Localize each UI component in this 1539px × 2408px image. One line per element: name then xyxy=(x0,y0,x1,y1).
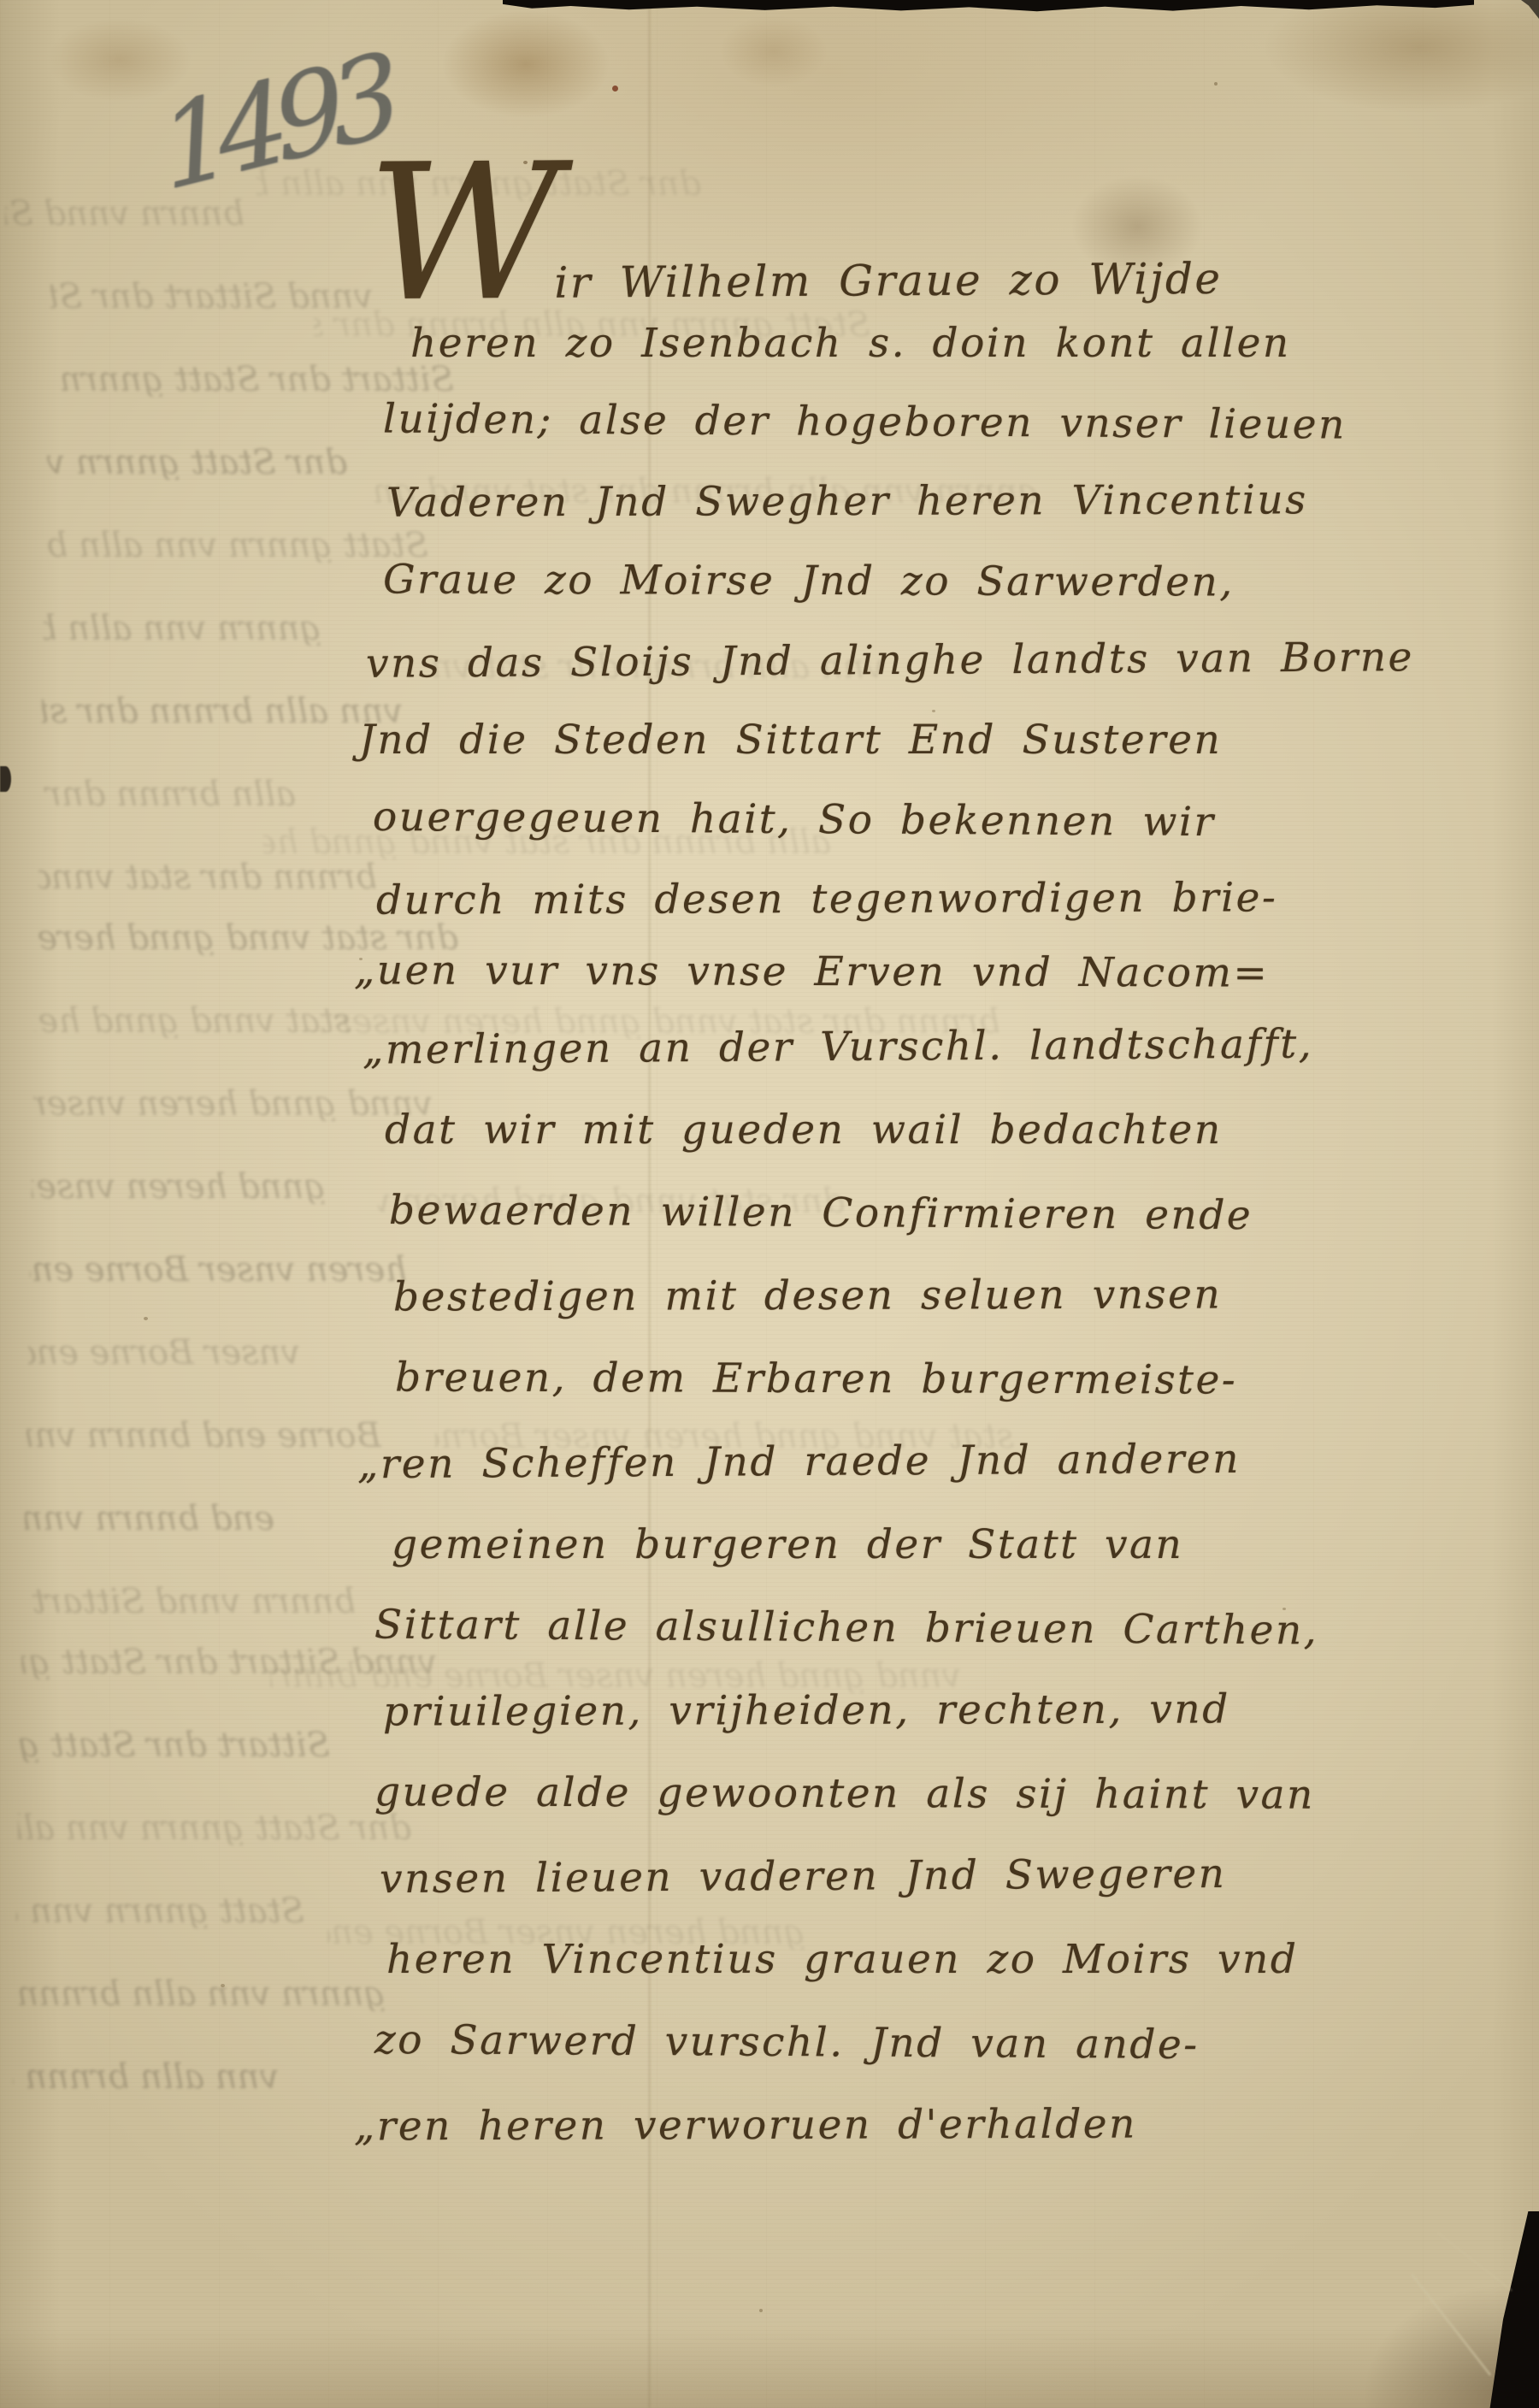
manuscript-line: bestedigen mit desen seluen vnsen xyxy=(393,1272,1222,1319)
verso-ghost-line: Borne end bnnrn vnnd Sittart dnr xyxy=(27,1419,381,1453)
verso-ghost-line: dnr Statt gnnrn vnn alln brnnn xyxy=(18,1811,411,1845)
corner-fold-crease xyxy=(1411,2273,1492,2376)
verso-ghost-line: vnn alln brnnn dnr stat vnnd xyxy=(13,2060,279,2094)
paper-speck xyxy=(932,710,935,712)
left-edge-dark-notch xyxy=(0,766,11,792)
manuscript-line: zo Sarwerd vurschl. Jnd van ande- xyxy=(374,2017,1200,2067)
page-bottom-right-corner-gap xyxy=(1479,2211,1539,2408)
manuscript-line: dat wir mit gueden wail bedachten xyxy=(385,1107,1223,1152)
verso-ghost-line: vnn alln brnnn dnr stat vnnd xyxy=(42,694,403,729)
verso-ghost-line: gnnd heren vnser Borne end bnnrn xyxy=(32,1170,326,1204)
manuscript-line: Vaderen Jnd Swegher heren Vincentius xyxy=(386,477,1308,524)
verso-ghost-line: vnnd Sittart dnr Statt gnnrn vnn xyxy=(21,1645,437,1679)
verso-ghost-line: brnnn dnr stat vnnd gnnd heren xyxy=(38,860,377,894)
verso-ghost-line: vnser Borne end bnnrn vnnd Sittart xyxy=(28,1336,300,1370)
verso-ghost-line: vnnd Sittart dnr Statt gnnrn vnn xyxy=(50,280,373,314)
verso-ghost-line: vnnd gnnd heren vnser Borne end xyxy=(33,1087,433,1121)
manuscript-line: bewaerden willen Confirmieren ende xyxy=(389,1188,1253,1237)
verso-ghost-line: bnnrn vnnd Sittart dnr Statt gnnrn xyxy=(23,1585,356,1619)
manuscript-line: Graue zo Moirse Jnd zo Sarwerden, xyxy=(383,557,1235,604)
corner-fold-crease xyxy=(1437,2232,1512,2291)
manuscript-line: guede alde gewoonten als sij haint van xyxy=(374,1769,1315,1816)
verso-ghost-line: gnnrn vnn alln brnnn dnr stat xyxy=(15,1977,386,2011)
verso-ghost-line: heren vnser Borne end bnnrn vnnd xyxy=(30,1253,407,1287)
paper-speck xyxy=(144,1317,148,1320)
manuscript-line: „ren heren verworuen d'erhalden xyxy=(354,2102,1137,2149)
manuscript-line: „ren Scheffen Jnd raede Jnd anderen xyxy=(357,1437,1241,1486)
manuscript-line: ouergegeuen hait, So bekennen wir xyxy=(373,794,1216,844)
archival-year-pencil: 1493 xyxy=(154,38,395,207)
verso-ghost-line: Sittart dnr Statt gnnrn vnn alln xyxy=(49,363,454,397)
manuscript-line: luijden; alse der hogeboren vnser lieuen xyxy=(383,396,1347,446)
manuscript-line: „uen vur vns vnse Erven vnd Nacom= xyxy=(354,947,1270,994)
manuscript-line: gemeinen burgeren der Statt van xyxy=(392,1522,1183,1567)
page-top-right-edge xyxy=(1513,0,1539,19)
manuscript-line: „merlingen an der Vurschl. landtschafft, xyxy=(363,1022,1313,1072)
manuscript-line: Sittart alle alsullichen brieuen Carthen… xyxy=(374,1602,1318,1653)
manuscript-line: vnsen lieuen vaderen Jnd Swegeren xyxy=(380,1851,1227,1901)
verso-ghost-line: Statt gnnrn vnn alln brnnn dnr xyxy=(16,1894,304,1928)
verso-ghost-line: alln brnnn dnr stat vnnd gnnd xyxy=(40,777,296,812)
manuscript-line: priuilegien, vrijheiden, rechten, vnd xyxy=(383,1686,1230,1733)
verso-ghost-line: stat vnnd gnnd heren vnser Borne xyxy=(35,1004,351,1038)
manuscript-line: durch mits desen tegenwordigen brie- xyxy=(376,875,1277,922)
paper-speck xyxy=(221,1984,225,1987)
paper-speck xyxy=(1214,82,1218,86)
verso-ghost-line: dnr Statt gnnrn vnn alln brnnn xyxy=(47,446,347,480)
manuscript-page: bnnrn vnnd Sittart dnr Statt gnnrnvnnd S… xyxy=(0,0,1539,2408)
verso-ghost-line: Sittart dnr Statt gnnrn vnn alln xyxy=(20,1728,330,1762)
paper-speck xyxy=(759,2309,763,2312)
verso-ghost-line: Statt gnnrn vnn alln brnnn dnr xyxy=(45,528,428,563)
manuscript-line: heren zo Isenbach s. doin kont allen xyxy=(410,321,1291,365)
verso-ghost-line: end bnnrn vnnd Sittart dnr Statt xyxy=(25,1502,274,1536)
paper-speck xyxy=(612,86,618,91)
manuscript-line: Jnd die Steden Sittart End Susteren xyxy=(359,717,1222,762)
manuscript-line: heren Vincentius grauen zo Moirs vnd xyxy=(386,1937,1298,1981)
manuscript-line: breuen, dem Erbaren burgermeiste- xyxy=(395,1354,1237,1402)
manuscript-line: vns das Sloijs Jnd alinghe landts van Bo… xyxy=(366,634,1414,686)
manuscript-line: Wir Wilhelm Graue zo Wijde xyxy=(368,228,1223,278)
verso-ghost-line: gnnrn vnn alln brnnn dnr stat xyxy=(44,611,321,646)
